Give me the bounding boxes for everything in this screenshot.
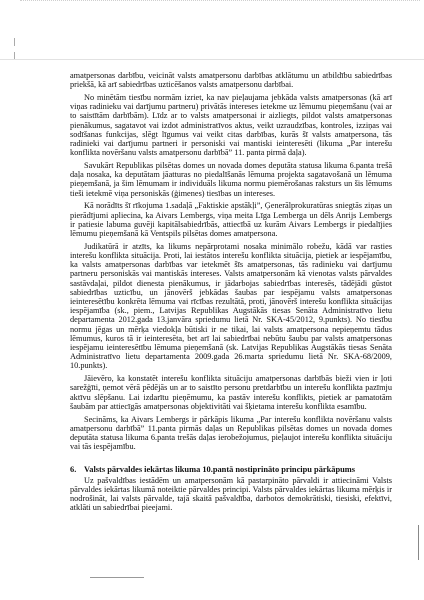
paragraph: Kā norādīts šī rīkojuma 1.sadaļā „Faktis…	[70, 201, 392, 238]
paragraph: Jāievēro, ka konstatēt interešu konflikt…	[70, 374, 392, 411]
section-title: Valsts pārvaldes iekārtas likuma 10.pant…	[84, 465, 355, 474]
paragraph: Uz pašvaldības iestādēm un amatpersonām …	[70, 476, 392, 513]
paragraph: Judikatūrā ir atzīts, ka likums nepārpro…	[70, 242, 392, 371]
scan-edge-mark	[418, 525, 419, 560]
scan-mark	[14, 38, 15, 46]
paragraph: Savukārt Republikas pilsētas domes un no…	[70, 161, 392, 198]
section-number: 6.	[70, 465, 84, 474]
page-edge	[0, 59, 424, 60]
scan-artifact-top	[20, 0, 420, 5]
document-page: amatpersonas darbību, veicināt valsts am…	[70, 71, 392, 516]
paragraph: amatpersonas darbību, veicināt valsts am…	[70, 71, 392, 89]
section-heading: 6.Valsts pārvaldes iekārtas likuma 10.pa…	[70, 465, 392, 474]
paragraph: Secināms, ka Aivars Lembergs ir pārkāpis…	[70, 415, 392, 452]
footnote-separator	[90, 577, 144, 578]
paragraph: No minētām tiesību normām izriet, ka nav…	[70, 93, 392, 157]
